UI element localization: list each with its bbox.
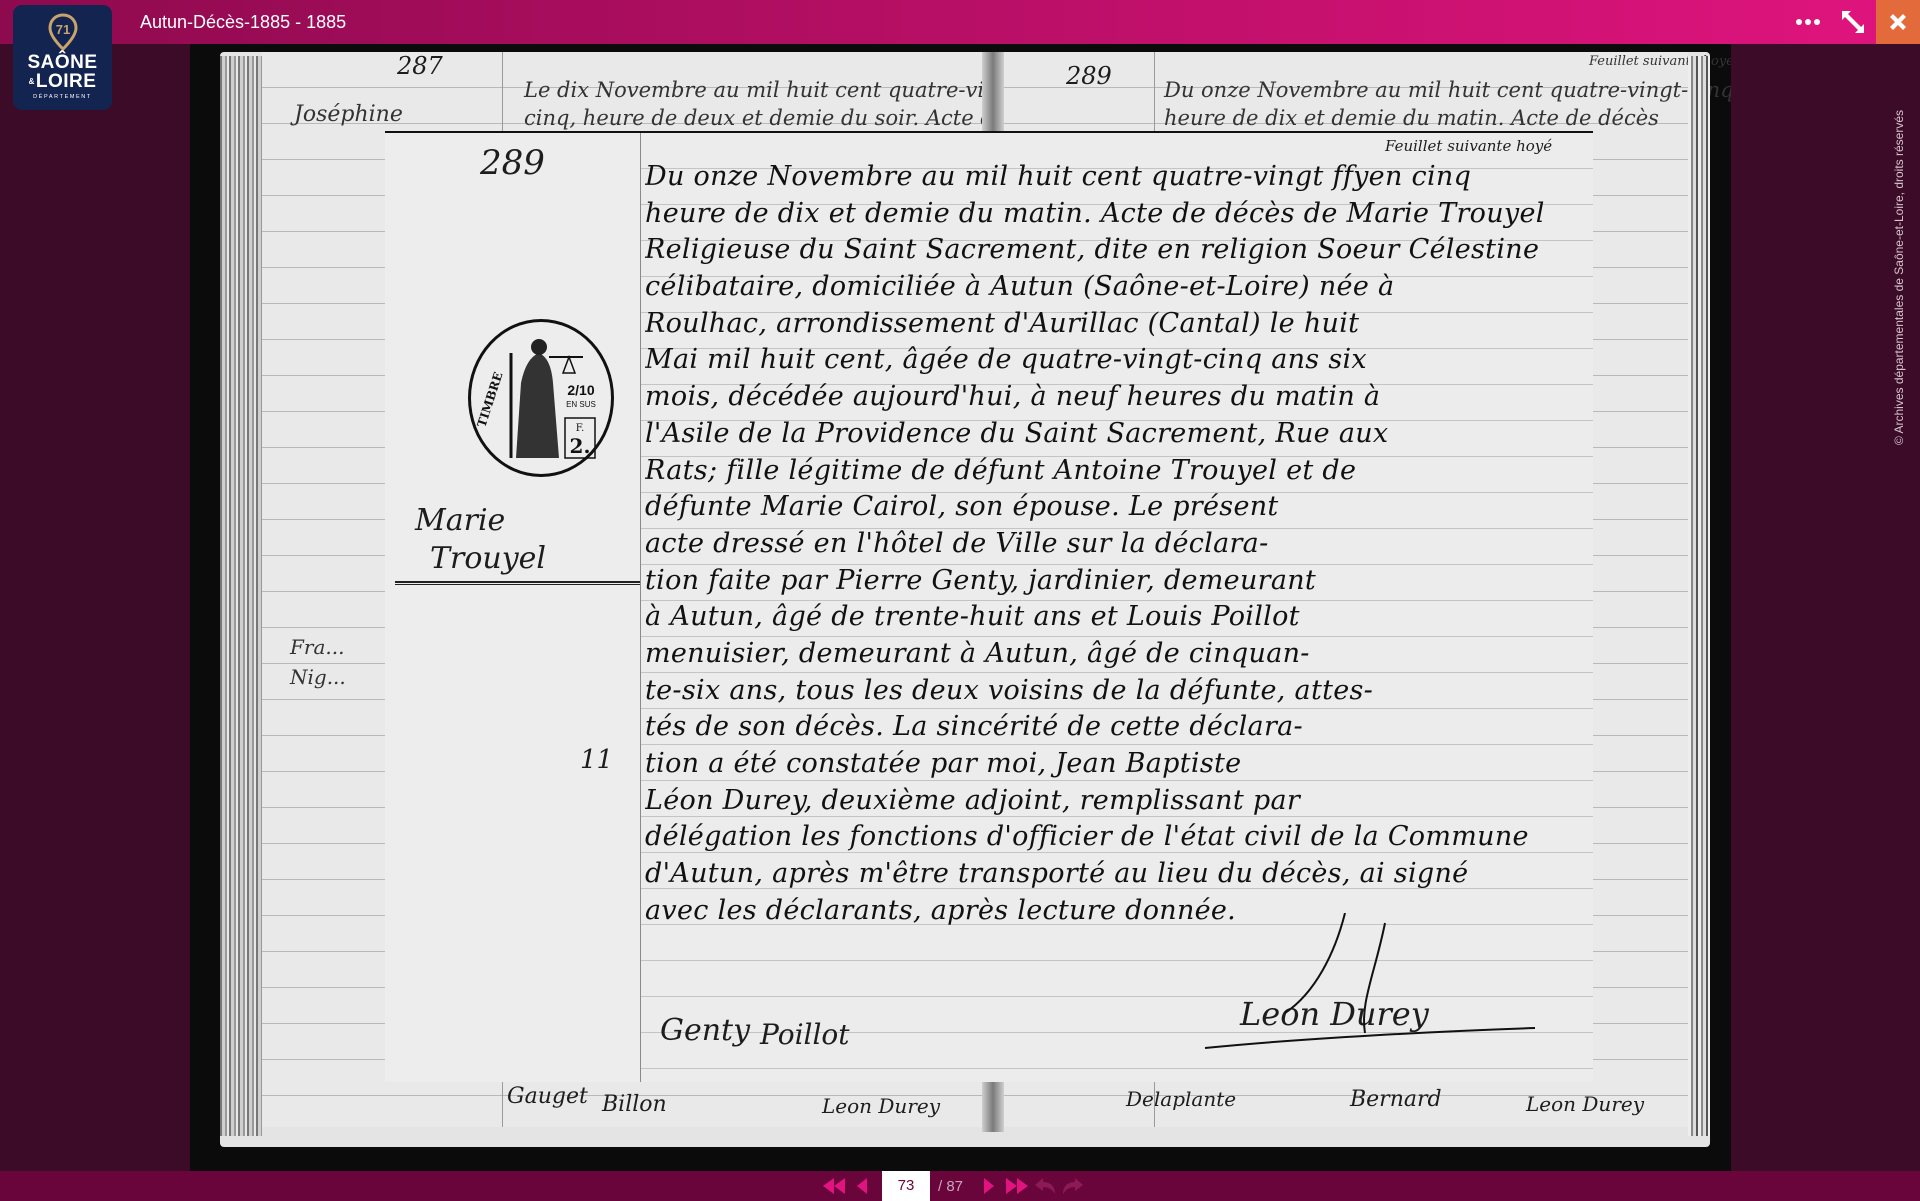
entry-text-line: Du onze Novembre au mil huit cent quatre… [1164,78,1731,102]
entry-line: défunte Marie Cairol, son épouse. Le pré… [645,491,1590,528]
fullscreen-expand-icon [1840,9,1866,35]
last-page-button[interactable] [1003,1171,1031,1201]
entry-text-line: Le dix Novembre au mil huit cent quatre-… [524,78,1027,102]
entry-line: mois, décédée aujourd'hui, à neuf heures… [645,381,1590,418]
margin-name: Joséphine [294,102,403,127]
entry-line: tion faite par Pierre Genty, jardinier, … [645,565,1590,602]
entry-line: Roulhac, arrondissement d'Aurillac (Cant… [645,308,1590,345]
ellipsis-icon [1796,19,1820,25]
margin-name-last: Trouyel [430,541,546,576]
header-bar: Autun-Décès-1885 - 1885 [0,0,1920,44]
entry-line: acte dressé en l'hôtel de Ville sur la d… [645,528,1590,565]
entry-line: à Autun, âgé de trente-huit ans et Louis… [645,601,1590,638]
svg-text:TIMBRE: TIMBRE [475,370,506,429]
entry-number-289: 289 [1066,62,1112,90]
signature-flourish [1145,913,1545,1053]
entry-line: menuisier, demeurant à Autun, âgé de cin… [645,638,1590,675]
entry-line: Rats; fille légitime de défunt Antoine T… [645,455,1590,492]
entry-line: délégation les fonctions d'officier de l… [645,821,1590,858]
svg-text:71: 71 [55,22,69,37]
svg-text:2/10: 2/10 [567,382,594,398]
book-page-edges-right [1688,56,1710,1136]
entry-text-line: heure de dix et demie du matin. Acte de … [1164,106,1659,130]
previous-page-button[interactable] [848,1171,876,1201]
page-total: / 87 [938,1178,963,1195]
pagination-controls: / 87 [820,1171,1087,1201]
triangle-right-icon [982,1177,996,1195]
register-book-scan: 287 Joséphine Le dix Novembre au mil hui… [220,52,1710,1147]
entry-line: tés de son décès. La sincérité de cette … [645,711,1590,748]
map-pin-71-icon: 71 [47,13,79,51]
close-icon [1887,11,1909,33]
entry-line: tion a été constatée par moi, Jean Bapti… [645,748,1590,785]
triangle-left-icon [855,1177,869,1195]
svg-text:2.: 2. [570,434,591,458]
signature-poillot: Poillot [760,1018,850,1051]
undo-arrow-icon [1034,1177,1056,1195]
svg-text:F.: F. [576,423,585,434]
pagination-bar: / 87 [0,1171,1920,1201]
more-options-button[interactable] [1786,0,1830,44]
first-page-button[interactable] [820,1171,848,1201]
redo-button[interactable] [1059,1171,1087,1201]
magnifier-lens[interactable]: 289 Feuillet suivante hoyé TIMBRE 2/10 E… [385,133,1593,1082]
margin-name: Fra... [290,635,344,659]
magnified-entry-text: Du onze Novembre au mil huit cent quatre… [645,161,1590,931]
logo-line-departement: DÉPARTEMENT [33,94,92,100]
signature: Billon [602,1092,667,1117]
entry-line: l'Asile de la Providence du Saint Sacrem… [645,418,1590,455]
logo-line-saone: SAÔNE [27,53,97,72]
entry-line: Du onze Novembre au mil huit cent quatre… [645,161,1590,198]
double-chevron-left-icon [822,1177,846,1195]
fullscreen-button[interactable] [1831,0,1875,44]
saone-et-loire-logo[interactable]: 71 SAÔNE &LOIRE DÉPARTEMENT [13,5,112,110]
signature: Gauget [507,1084,588,1109]
margin-name-first: Marie [415,503,505,538]
timbre-stamp: TIMBRE 2/10 EN SUS F. 2. [468,319,614,477]
double-chevron-right-icon [1005,1177,1029,1195]
entry-text-line: cinq, heure de deux et demie du soir. Ac… [524,106,1006,130]
document-viewer[interactable]: 287 Joséphine Le dix Novembre au mil hui… [190,44,1731,1171]
entry-line: célibataire, domiciliée à Autun (Saône-e… [645,271,1590,308]
entry-line: Léon Durey, deuxième adjoint, remplissan… [645,785,1590,822]
copyright-notice: © Archives départementales de Saône-et-L… [1892,110,1906,445]
svg-text:EN SUS: EN SUS [566,400,596,409]
signature: Leon Durey [822,1094,940,1118]
margin-name: Nig... [290,665,346,689]
document-title: Autun-Décès-1885 - 1885 [140,12,346,33]
margin-note: Feuillet suivante hoyé [1385,137,1552,155]
entry-line: heure de dix et demie du matin. Acte de … [645,198,1590,235]
undo-button[interactable] [1031,1171,1059,1201]
close-button[interactable] [1876,0,1920,44]
current-page-input[interactable] [882,1171,930,1201]
signature-genty: Genty [660,1013,750,1048]
next-page-button[interactable] [975,1171,1003,1201]
signature: Delaplante [1126,1087,1236,1111]
signature: Leon Durey [1526,1092,1644,1116]
lady-justice-icon: TIMBRE 2/10 EN SUS F. 2. [471,323,611,473]
entry-number-289: 289 [480,143,545,183]
entry-line: d'Autun, après m'être transporté au lieu… [645,858,1590,895]
margin-rule [640,133,641,1082]
magnified-margin [385,133,640,1082]
redo-arrow-icon [1062,1177,1084,1195]
entry-line: Mai mil huit cent, âgée de quatre-vingt-… [645,344,1590,381]
entry-line: te-six ans, tous les deux voisins de la … [645,675,1590,712]
margin-note: 11 [580,745,613,775]
signature: Bernard [1350,1087,1442,1112]
entry-number-287: 287 [397,52,443,80]
name-underline [395,581,640,585]
entry-line: Religieuse du Saint Sacrement, dite en r… [645,234,1590,271]
logo-line-loire: &LOIRE [29,72,97,91]
book-page-edges-left [220,56,262,1136]
